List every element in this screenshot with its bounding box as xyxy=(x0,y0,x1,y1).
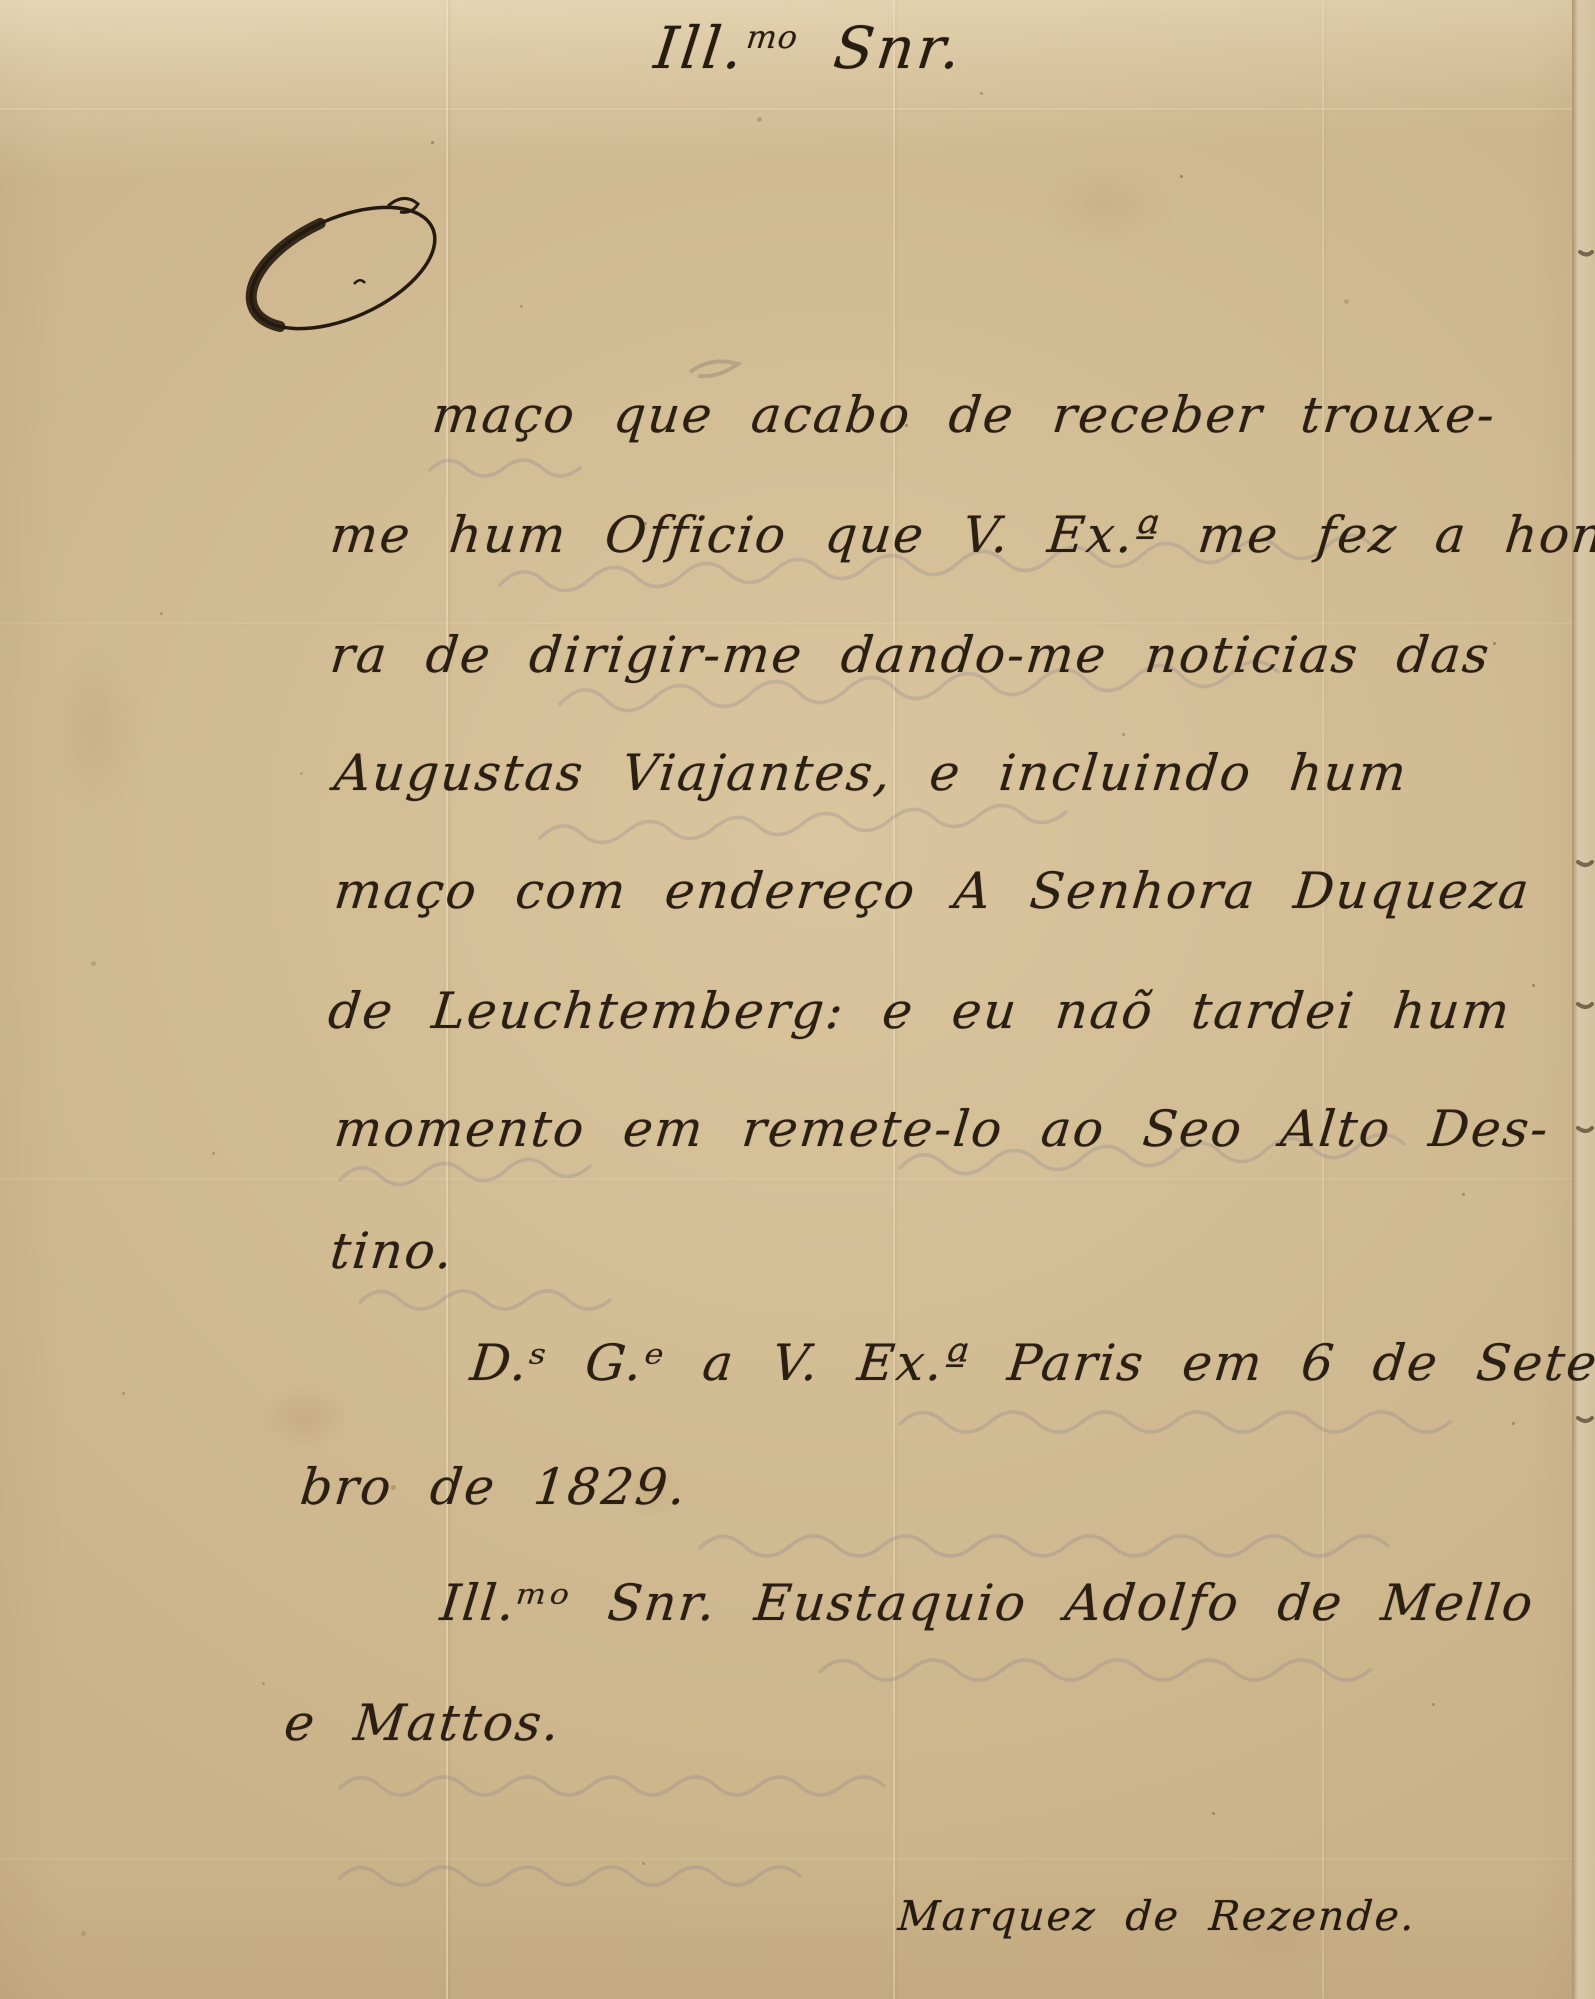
adjacent-page-edge xyxy=(1572,0,1595,1999)
letter-line: maço que acabo de receber trouxe- xyxy=(430,390,1499,440)
initial-letter-O: O xyxy=(238,186,453,351)
letter-page: Ill.mo Snr. O maço que acabo de receber … xyxy=(0,0,1595,1999)
horizontal-fold-crease xyxy=(0,1178,1595,1180)
paper-stain xyxy=(240,1370,370,1465)
horizontal-fold-crease xyxy=(0,1858,1595,1860)
letter-line: de Leuchtemberg: e eu naõ tardei hum xyxy=(326,986,1514,1036)
letter-line: momento em remete-lo ao Seo Alto Des- xyxy=(332,1104,1552,1154)
foxing-specks xyxy=(0,0,3,3)
salutation-title: Snr. xyxy=(830,14,967,82)
letter-line-addressee: e Mattos. xyxy=(282,1698,564,1748)
salutation-abbr: Ill. xyxy=(651,14,750,82)
salutation-superscript: mo xyxy=(744,18,800,56)
paper-stain xyxy=(1000,140,1210,270)
letter-line: ra de dirigir-me dando-me noticias das xyxy=(328,630,1493,680)
letter-line: Augustas Viajantes, e incluindo hum xyxy=(332,748,1410,798)
letter-line-dateline: bro de 1829. xyxy=(298,1462,690,1512)
letter-line-addressee: Ill.ᵐᵒ Snr. Eustaquio Adolfo de Mello xyxy=(438,1578,1537,1628)
horizontal-fold-crease xyxy=(0,108,1595,110)
horizontal-fold-crease xyxy=(0,622,1595,624)
letter-line-dateline: D.ˢ G.ᵉ a V. Ex.ª Paris em 6 de Setem- xyxy=(468,1338,1595,1388)
paper-stain xyxy=(20,600,170,860)
letter-line: tino. xyxy=(328,1226,457,1276)
salutation: Ill.mo Snr. xyxy=(651,14,968,82)
letter-line: me hum Officio que V. Ex.ª me fez a hon- xyxy=(328,510,1595,560)
signature: Marquez de Rezende. xyxy=(896,1892,1417,1940)
letter-line: maço com endereço A Senhora Duqueza xyxy=(332,866,1533,916)
